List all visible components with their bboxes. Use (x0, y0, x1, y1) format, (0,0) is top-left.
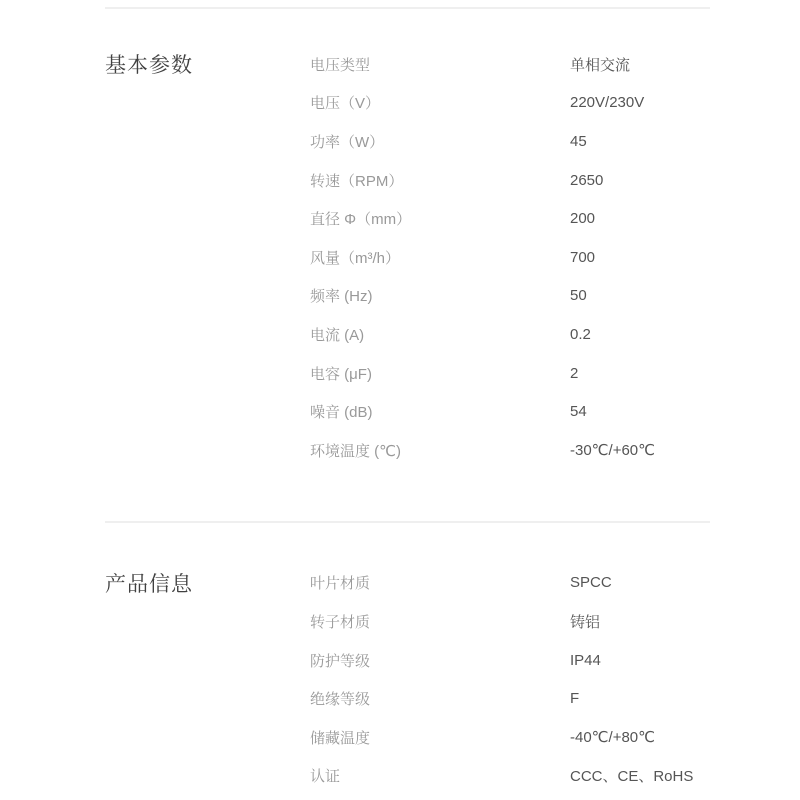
section-title: 基本参数 (105, 45, 310, 84)
spec-row: 叶片材质 SPCC (310, 564, 800, 603)
spec-rows: 电压类型 单相交流 电压（V） 220V/230V 功率（W） 45 转速（RP… (310, 45, 800, 470)
top-divider (105, 7, 710, 9)
spec-value: -30℃/+60℃ (570, 441, 655, 459)
spec-label: 电压（V） (310, 92, 570, 113)
spec-row: 电压类型 单相交流 (310, 45, 800, 84)
spec-value: 2 (570, 365, 578, 382)
spec-row: 电压（V） 220V/230V (310, 84, 800, 123)
spec-value: F (570, 690, 579, 707)
spec-value: 700 (570, 249, 595, 266)
spec-rows: 叶片材质 SPCC 转子材质 铸铝 防护等级 IP44 绝缘等级 F 储藏温度 … (310, 564, 800, 796)
spec-row: 直径 Φ（mm） 200 (310, 199, 800, 238)
section-divider (105, 521, 710, 523)
spec-row: 功率（W） 45 (310, 122, 800, 161)
product-spec-sheet: 基本参数 电压类型 单相交流 电压（V） 220V/230V 功率（W） 45 … (0, 0, 800, 800)
spec-label: 直径 Φ（mm） (310, 208, 570, 229)
spec-value: 54 (570, 403, 587, 420)
spec-label: 防护等级 (310, 650, 570, 671)
section-product-info: 产品信息 叶片材质 SPCC 转子材质 铸铝 防护等级 IP44 绝缘等级 F … (0, 564, 800, 796)
spec-label: 转子材质 (310, 611, 570, 632)
spec-value: 0.2 (570, 326, 591, 343)
spec-row: 频率 (Hz) 50 (310, 277, 800, 316)
spec-value: 45 (570, 133, 587, 150)
spec-label: 认证 (310, 765, 570, 786)
spec-value: SPCC (570, 574, 612, 591)
spec-label: 转速（RPM） (310, 170, 570, 191)
sections-mount: 基本参数 电压类型 单相交流 电压（V） 220V/230V 功率（W） 45 … (0, 45, 800, 795)
spec-label: 功率（W） (310, 131, 570, 152)
spec-label: 噪音 (dB) (310, 401, 570, 422)
spec-label: 电压类型 (310, 54, 570, 75)
spec-row: 噪音 (dB) 54 (310, 392, 800, 431)
spec-label: 风量（m³/h） (310, 247, 570, 268)
section-title-column: 基本参数 (105, 45, 310, 470)
spec-row: 认证 CCC、CE、RoHS (310, 757, 800, 796)
spec-label: 电流 (A) (310, 324, 570, 345)
spec-row: 转速（RPM） 2650 (310, 161, 800, 200)
spec-value: 50 (570, 287, 587, 304)
spec-label: 叶片材质 (310, 572, 570, 593)
spec-label: 环境温度 (℃) (310, 440, 570, 461)
spec-label: 储藏温度 (310, 727, 570, 748)
spec-row: 绝缘等级 F (310, 679, 800, 718)
spec-value: 铸铝 (570, 611, 600, 632)
spec-row: 转子材质 铸铝 (310, 602, 800, 641)
spec-row: 风量（m³/h） 700 (310, 238, 800, 277)
spec-value: 2650 (570, 172, 603, 189)
spec-row: 环境温度 (℃) -30℃/+60℃ (310, 431, 800, 470)
section-title: 产品信息 (105, 564, 310, 603)
section-title-column: 产品信息 (105, 564, 310, 796)
spec-value: CCC、CE、RoHS (570, 765, 693, 786)
spec-label: 频率 (Hz) (310, 285, 570, 306)
spec-label: 绝缘等级 (310, 688, 570, 709)
spec-value: 220V/230V (570, 94, 644, 111)
spec-value: -40℃/+80℃ (570, 728, 655, 746)
spec-value: IP44 (570, 652, 601, 669)
spec-label: 电容 (μF) (310, 363, 570, 384)
section-basic-params: 基本参数 电压类型 单相交流 电压（V） 220V/230V 功率（W） 45 … (0, 45, 800, 470)
spec-value: 单相交流 (570, 54, 630, 75)
spec-value: 200 (570, 210, 595, 227)
spec-row: 储藏温度 -40℃/+80℃ (310, 718, 800, 757)
spec-row: 防护等级 IP44 (310, 641, 800, 680)
spec-row: 电流 (A) 0.2 (310, 315, 800, 354)
spec-row: 电容 (μF) 2 (310, 354, 800, 393)
